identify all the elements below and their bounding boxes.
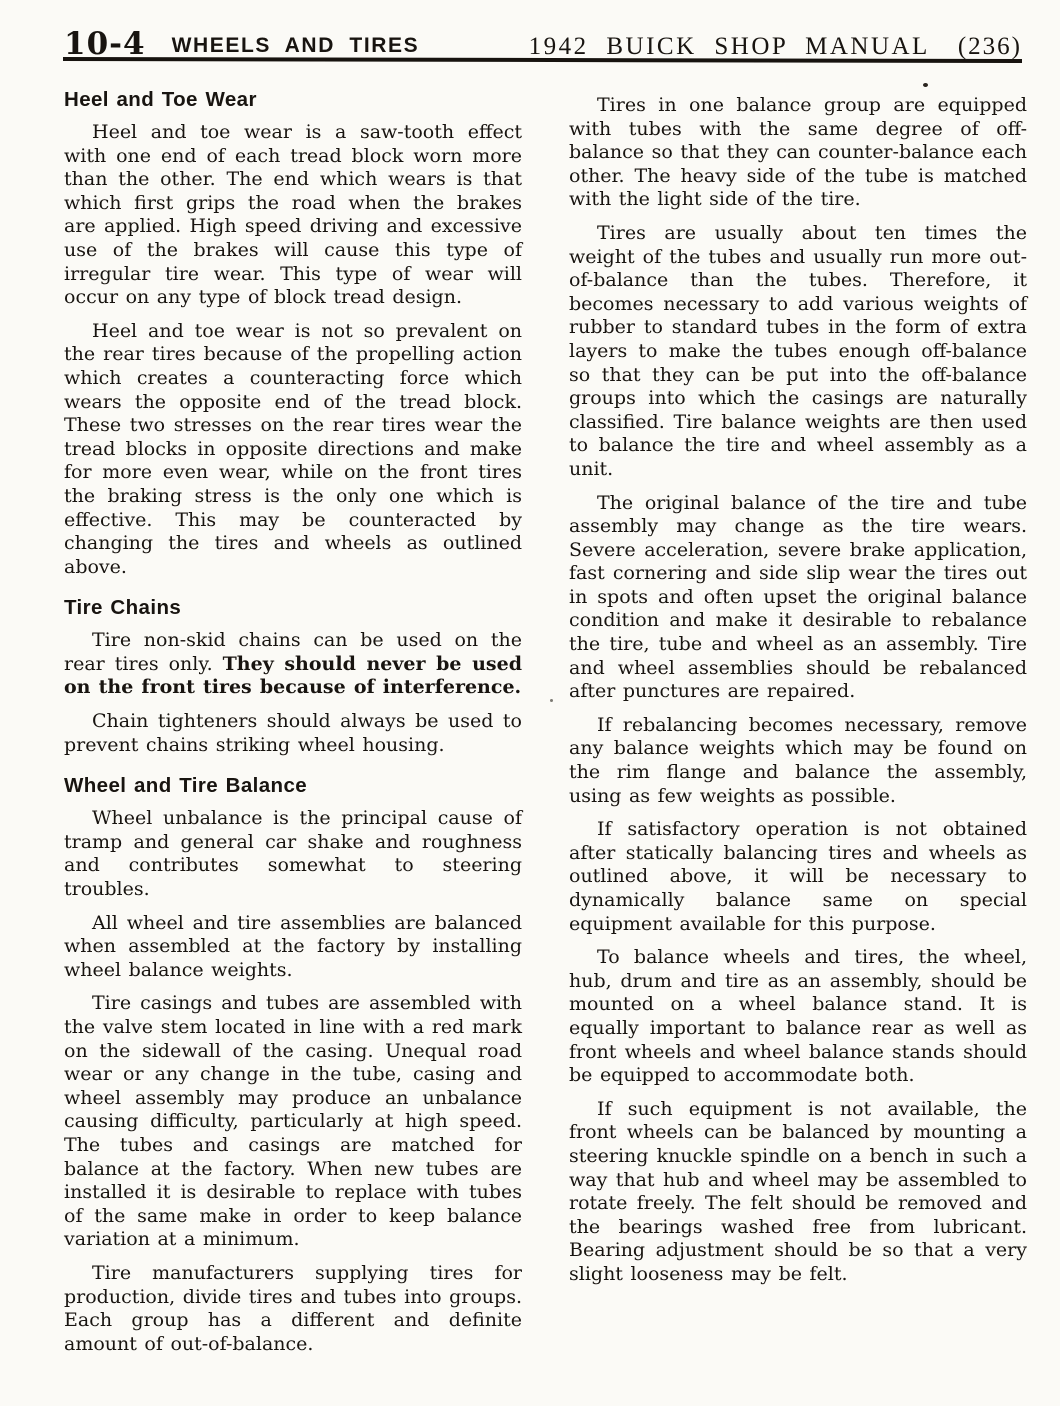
body-paragraph: The original balance of the tire and tub… — [569, 492, 1027, 704]
body-paragraph: If satisfactory operation is not obtaine… — [569, 818, 1027, 936]
body-paragraph: Chain tighteners should always be used t… — [64, 710, 522, 757]
section-heading: Wheel and Tire Balance — [64, 774, 522, 798]
body-paragraph: Tire manufacturers supplying tires for p… — [64, 1262, 522, 1356]
body-paragraph: If such equipment is not available, the … — [569, 1098, 1027, 1287]
section-title: WHEELS AND TIRES — [172, 34, 420, 58]
body-paragraph: Tires are usually about ten times the we… — [569, 222, 1027, 482]
body-paragraph: Tire casings and tubes are assembled wit… — [64, 992, 522, 1252]
print-artifact-dot — [923, 83, 928, 87]
body-paragraph: To balance wheels and tires, the wheel, … — [569, 946, 1027, 1088]
right-column: Tires in one balance group are equipped … — [569, 84, 1027, 1297]
left-column: Heel and Toe WearHeel and toe wear is a … — [64, 84, 522, 1366]
section-heading: Tire Chains — [64, 596, 522, 620]
section-heading: Heel and Toe Wear — [64, 88, 522, 112]
page-number: (236) — [958, 33, 1022, 61]
body-paragraph: Tire non-skid chains can be used on the … — [64, 629, 522, 700]
header-right: 1942 BUICK SHOP MANUAL (236) — [529, 33, 1022, 61]
body-paragraph: Tires in one balance group are equipped … — [569, 94, 1027, 212]
body-paragraph: All wheel and tire assemblies are balanc… — [64, 912, 522, 983]
body-paragraph: Heel and toe wear is a saw-tooth effect … — [64, 121, 522, 310]
manual-page: 10-4 WHEELS AND TIRES 1942 BUICK SHOP MA… — [0, 0, 1060, 1406]
header-rule — [63, 57, 1022, 63]
manual-title: 1942 BUICK SHOP MANUAL — [529, 33, 930, 61]
body-paragraph: Wheel unbalance is the principal cause o… — [64, 807, 522, 901]
body-paragraph: If rebalancing becomes necessary, remove… — [569, 714, 1027, 808]
body-paragraph: Heel and toe wear is not so prevalent on… — [64, 320, 522, 580]
print-artifact-dot — [550, 699, 553, 702]
